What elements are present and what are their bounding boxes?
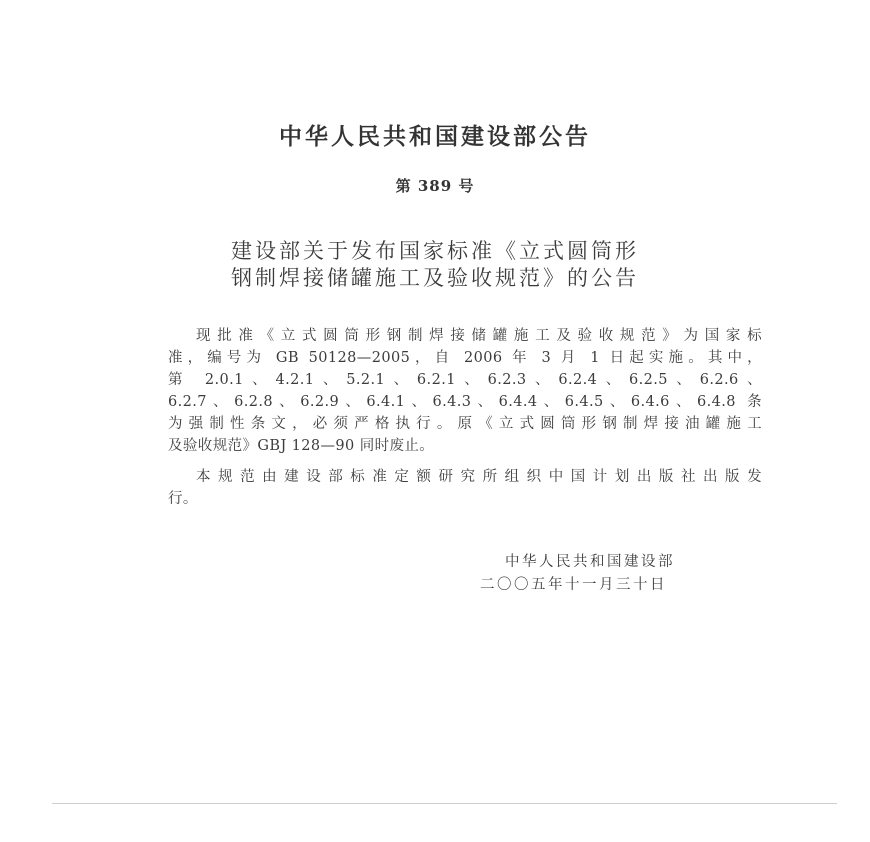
signature-issuer: 中华人民共和国建设部 <box>505 550 675 571</box>
body-line-2: 准，编号为 GB 50128—2005，自 2006 年 3 月 1 日起实施。… <box>168 346 762 367</box>
body-line-4: 6.2.7、6.2.8、6.2.9、6.4.1、6.4.3、6.4.4、6.4.… <box>168 390 762 411</box>
body-line-7: 本规范由建设部标准定额研究所组织中国计划出版社出版发 <box>196 465 762 486</box>
announcement-number: 第 389 号 <box>0 175 870 196</box>
body-line-6: 及验收规范》GBJ 128—90 同时废止。 <box>168 434 762 455</box>
body-line-5: 为强制性条文，必须严格执行。原《立式圆筒形钢制焊接油罐施工 <box>168 412 762 433</box>
body-line-8: 行。 <box>168 487 762 508</box>
subtitle-line-2: 钢制焊接储罐施工及验收规范》的公告 <box>0 262 870 292</box>
body-line-3: 第 2.0.1、4.2.1、5.2.1、6.2.1、6.2.3、6.2.4、6.… <box>168 368 762 389</box>
subtitle-line-1: 建设部关于发布国家标准《立式圆筒形 <box>0 235 870 265</box>
page-bottom-rule <box>52 803 837 804</box>
document-header: 中华人民共和国建设部公告 <box>0 118 870 151</box>
signature-date: 二〇〇五年十一月三十日 <box>480 573 667 594</box>
body-line-1: 现批准《立式圆筒形钢制焊接储罐施工及验收规范》为国家标 <box>196 324 762 345</box>
